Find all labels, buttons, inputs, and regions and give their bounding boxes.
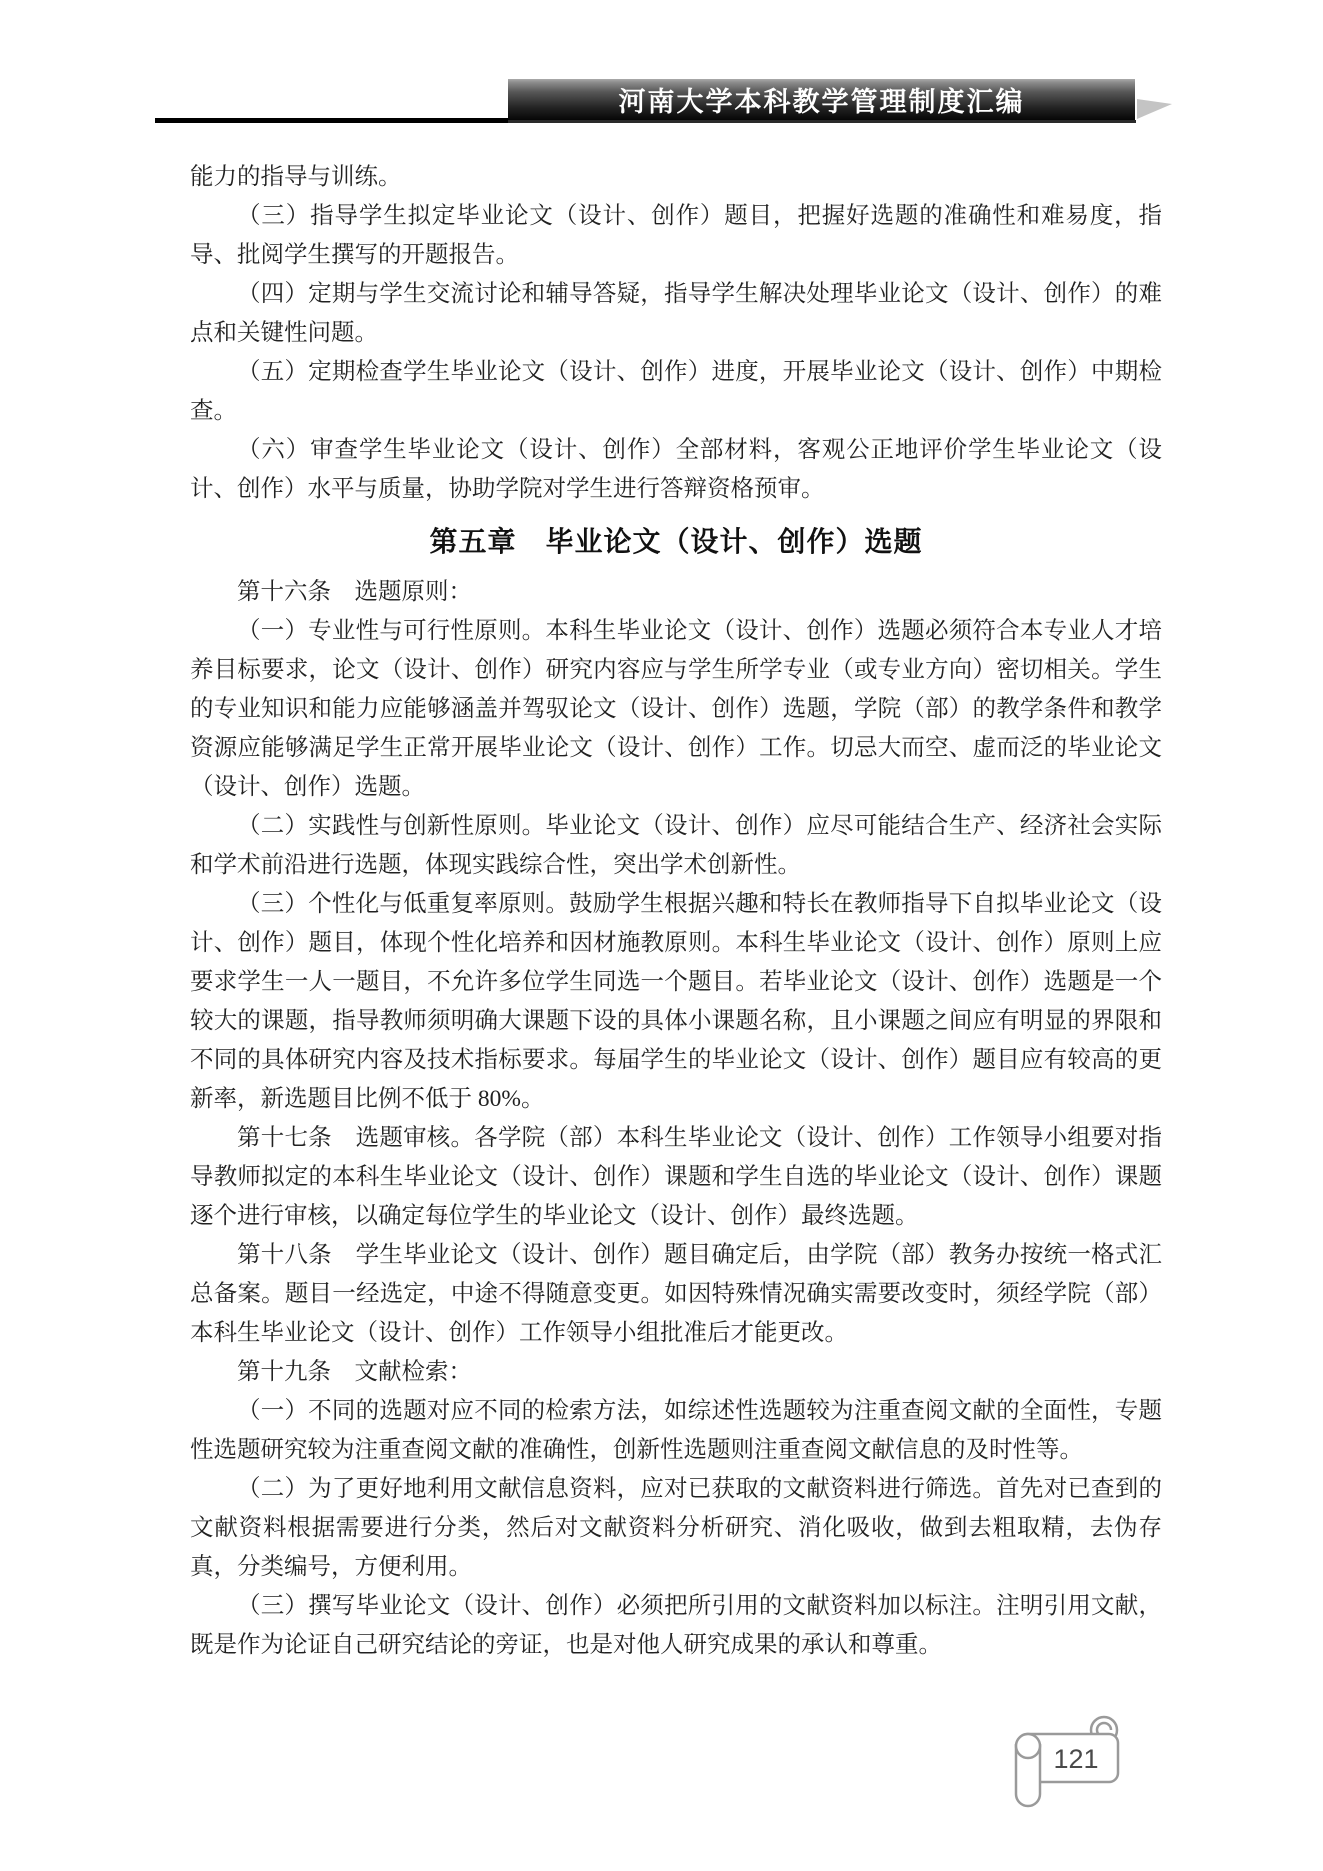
paragraph: （三）撰写毕业论文（设计、创作）必须把所引用的文献资料加以标注。注明引用文献，既…: [190, 1587, 1162, 1665]
header-rule-under-banner: [508, 120, 1136, 123]
paragraph: （二）为了更好地利用文献信息资料，应对已获取的文献资料进行筛选。首先对已查到的文…: [190, 1470, 1162, 1587]
paragraph: 能力的指导与训练。: [190, 158, 1162, 197]
paragraph: （一）专业性与可行性原则。本科生毕业论文（设计、创作）选题必须符合本专业人才培养…: [190, 612, 1162, 807]
page-number: 121: [1053, 1744, 1098, 1774]
scroll-end-cap: [1016, 1734, 1040, 1758]
header-banner: 河南大学本科教学管理制度汇编: [508, 79, 1135, 120]
paragraph: （六）审查学生毕业论文（设计、创作）全部材料，客观公正地评价学生毕业论文（设计、…: [190, 431, 1162, 509]
paragraph: （四）定期与学生交流讨论和辅导答疑，指导学生解决处理毕业论文（设计、创作）的难点…: [190, 275, 1162, 353]
paragraph: 第十八条 学生毕业论文（设计、创作）题目确定后，由学院（部）教务办按统一格式汇总…: [190, 1236, 1162, 1353]
paragraph: （三）个性化与低重复率原则。鼓励学生根据兴趣和特长在教师指导下自拟毕业论文（设计…: [190, 885, 1162, 1119]
page-number-scroll: 121: [1000, 1710, 1135, 1812]
header-rule-left: [155, 118, 508, 123]
header-arrow-icon: [1137, 96, 1177, 122]
paragraph: （三）指导学生拟定毕业论文（设计、创作）题目，把握好选题的准确性和难易度，指导、…: [190, 197, 1162, 275]
paragraph: （五）定期检查学生毕业论文（设计、创作）进度，开展毕业论文（设计、创作）中期检查…: [190, 353, 1162, 431]
paragraph: （二）实践性与创新性原则。毕业论文（设计、创作）应尽可能结合生产、经济社会实际和…: [190, 807, 1162, 885]
paragraph: 第十六条 选题原则：: [190, 573, 1162, 612]
document-body: 能力的指导与训练。（三）指导学生拟定毕业论文（设计、创作）题目，把握好选题的准确…: [190, 158, 1162, 1665]
document-page: 河南大学本科教学管理制度汇编 能力的指导与训练。（三）指导学生拟定毕业论文（设计…: [0, 0, 1323, 1871]
paragraph: 第十七条 选题审核。各学院（部）本科生毕业论文（设计、创作）工作领导小组要对指导…: [190, 1119, 1162, 1236]
paragraph: （一）不同的选题对应不同的检索方法，如综述性选题较为注重查阅文献的全面性，专题性…: [190, 1392, 1162, 1470]
paragraph: 第十九条 文献检索：: [190, 1353, 1162, 1392]
chapter-heading: 第五章 毕业论文（设计、创作）选题: [190, 522, 1162, 561]
banner-title: 河南大学本科教学管理制度汇编: [619, 80, 1025, 119]
